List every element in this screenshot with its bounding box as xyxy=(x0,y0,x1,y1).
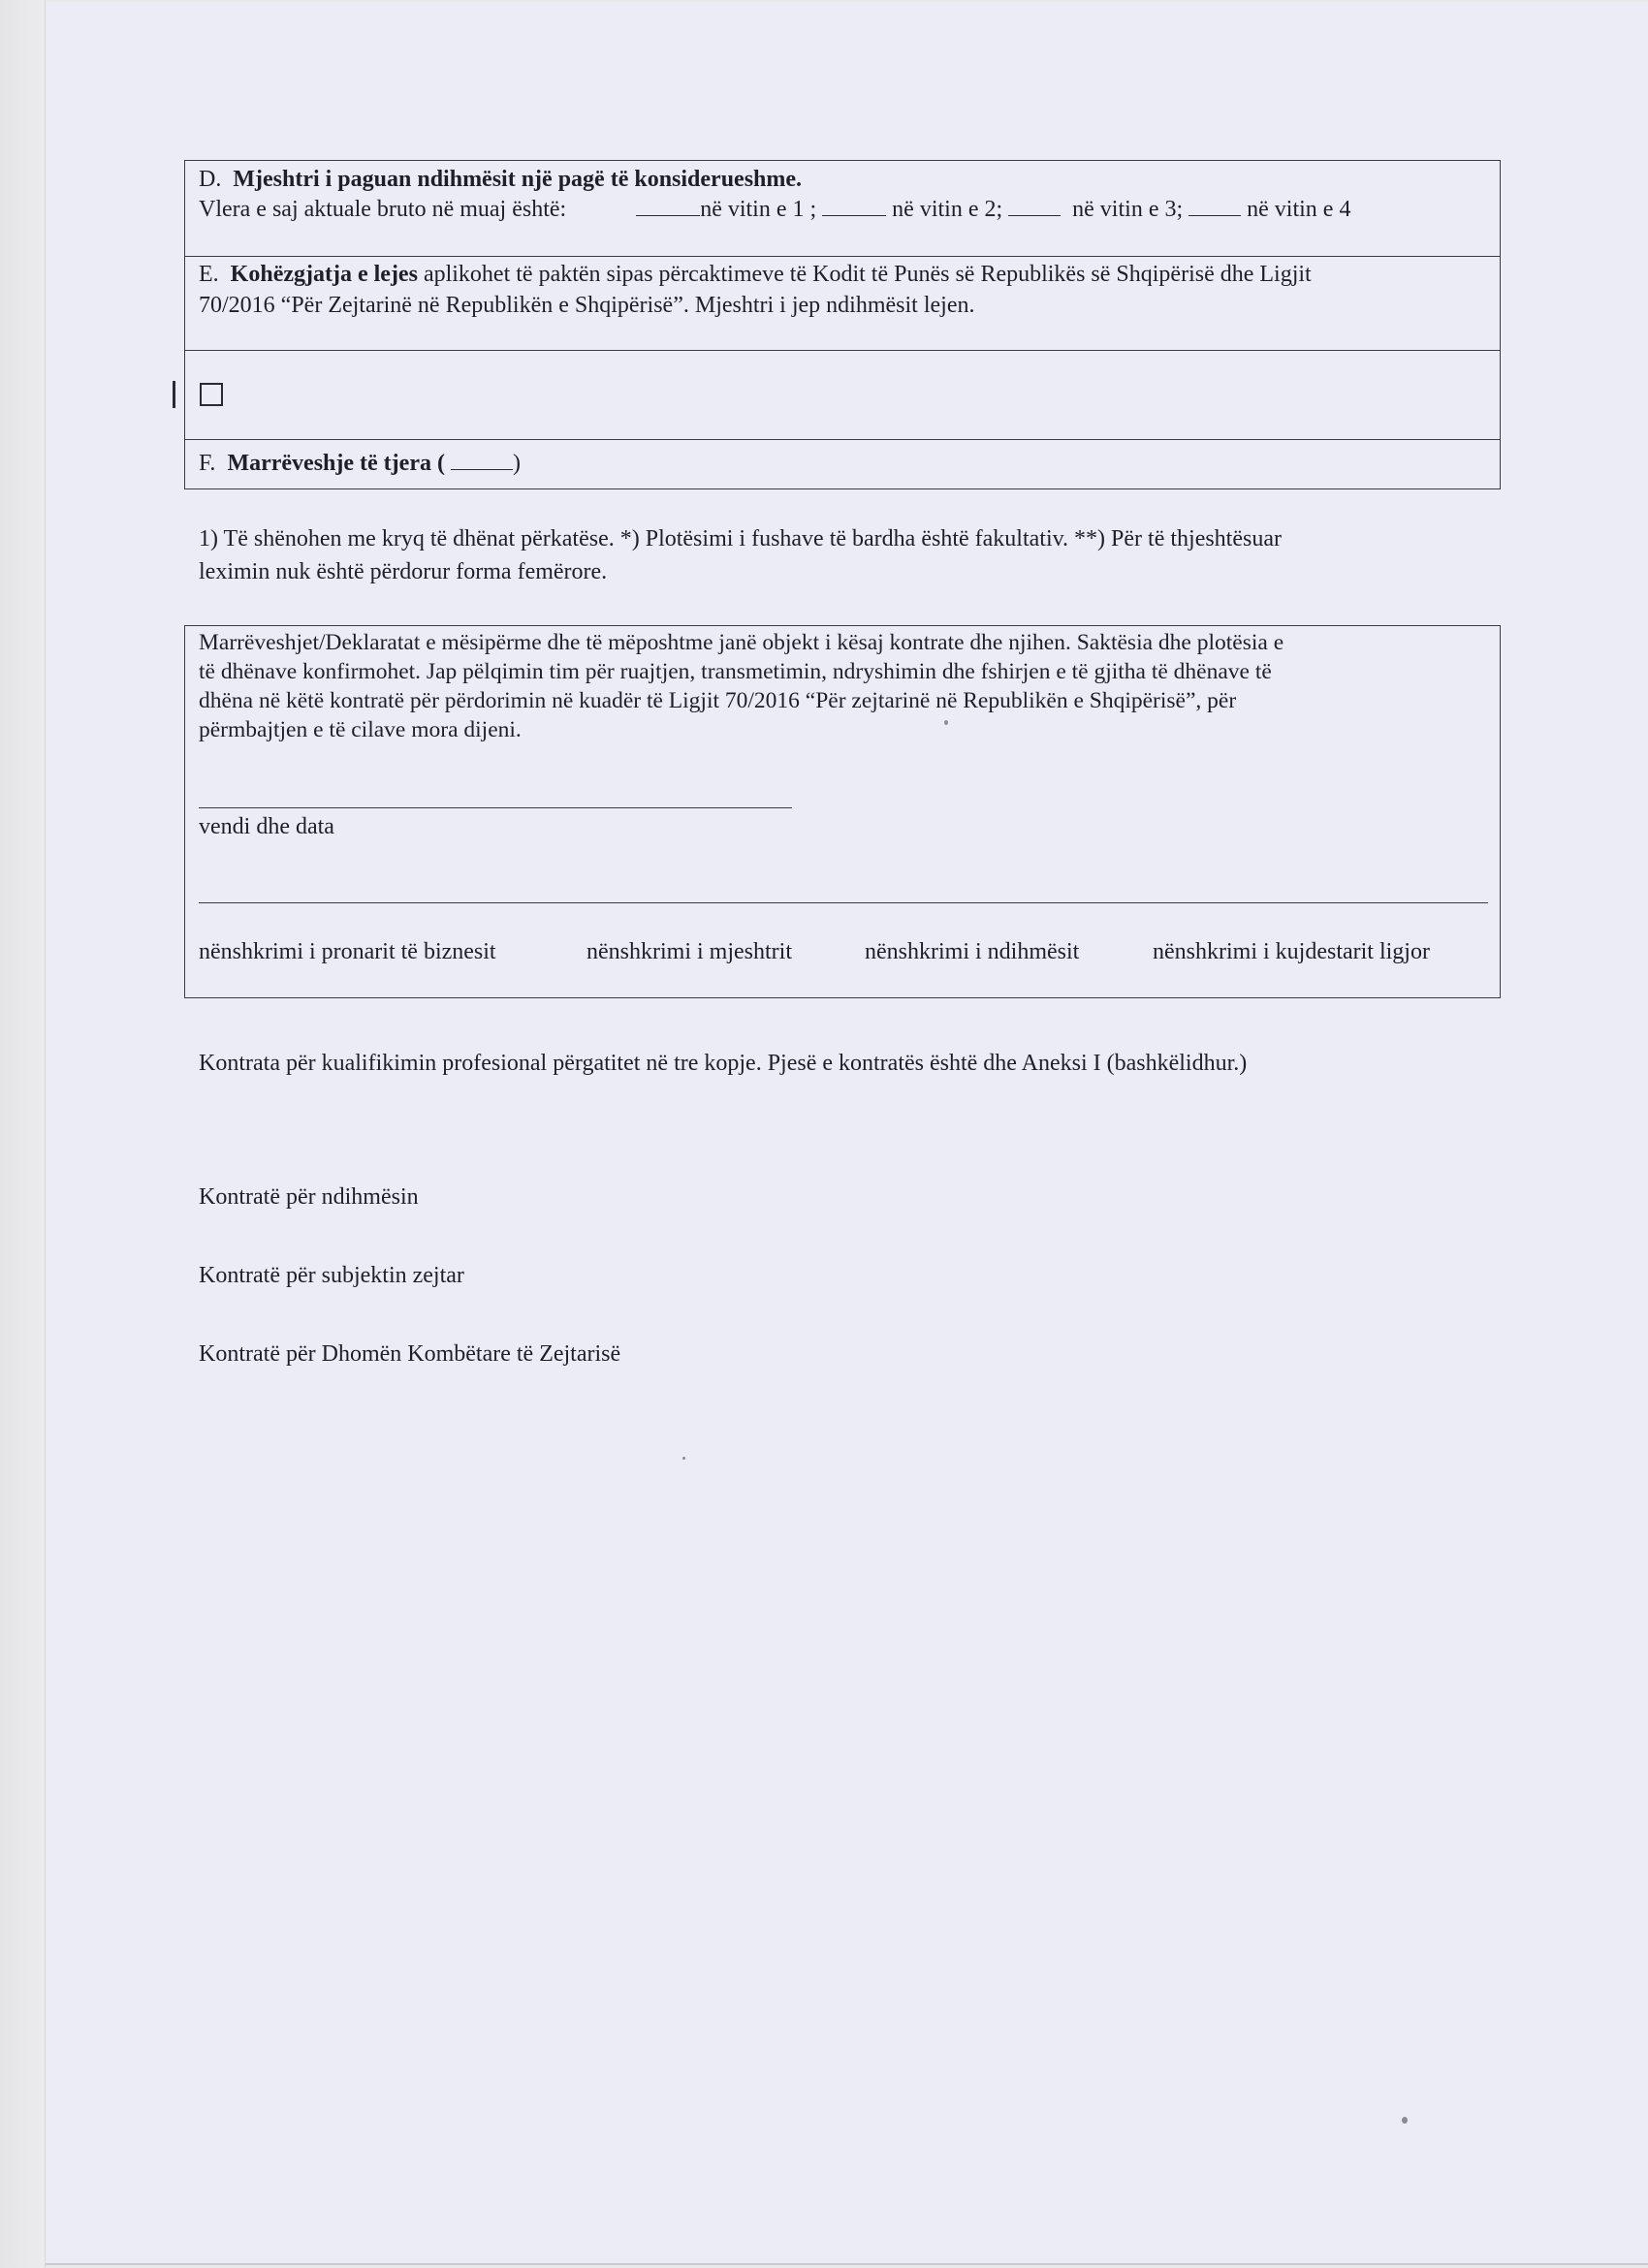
copy-assistant: Kontratë për ndihmësin xyxy=(199,1181,419,1213)
section-d-salary-row: Vlera e saj aktuale bruto në muaj është:… xyxy=(199,193,1350,226)
footnote-line1: 1) Të shënohen me kryq të dhënat përkatë… xyxy=(199,522,1282,555)
section-e-letter: E. xyxy=(199,262,219,287)
section-d-title: Mjeshtri i paguan ndihmësit një pagë të … xyxy=(233,167,802,192)
salary-year-1-label: në vitin e 1 ; xyxy=(700,197,816,222)
signature-guardian: nënshkrimi i kujdestarit ligjor xyxy=(1153,935,1430,968)
salary-year-4-label: në vitin e 4 xyxy=(1247,197,1350,222)
declaration-line-2: të dhënave konfirmohet. Jap pëlqimin tim… xyxy=(199,657,1272,686)
place-date-label: vendi dhe data xyxy=(199,810,334,843)
divider-checkbox-f xyxy=(184,439,1501,440)
declaration-line-1: Marrëveshjet/Deklaratat e mësipërme dhe … xyxy=(199,628,1284,657)
salary-year-3-label: në vitin e 3; xyxy=(1072,197,1183,222)
footnote-line2: leximin nuk është përdorur forma femëror… xyxy=(199,555,607,588)
salary-year-3-field[interactable] xyxy=(1008,196,1061,216)
signature-assistant: nënshkrimi i ndihmësit xyxy=(865,935,1079,968)
section-d-heading: D. Mjeshtri i paguan ndihmësit një pagë … xyxy=(199,163,802,196)
salary-year-2-label: në vitin e 2; xyxy=(892,197,1002,222)
scan-edge xyxy=(0,0,46,2268)
signatures-line[interactable] xyxy=(199,902,1488,903)
section-e-line1: E. Kohëzgjatja e lejes aplikohet të pakt… xyxy=(199,258,1312,291)
section-e-line2: 70/2016 “Për Zejtarinë në Republikën e S… xyxy=(199,289,974,322)
copy-chamber: Kontratë për Dhomën Kombëtare të Zejtari… xyxy=(199,1338,620,1370)
signature-master: nënshkrimi i mjeshtrit xyxy=(586,935,792,968)
divider-e-checkbox xyxy=(184,350,1501,351)
section-f-letter: F. xyxy=(199,451,215,476)
section-f-close: ) xyxy=(513,451,521,476)
margin-mark xyxy=(173,381,175,408)
salary-label: Vlera e saj aktuale bruto në muaj është: xyxy=(199,197,566,222)
document-page: D. Mjeshtri i paguan ndihmësit një pagë … xyxy=(46,2,1648,2265)
section-d-letter: D. xyxy=(199,167,221,192)
divider-d-e xyxy=(184,256,1501,257)
salary-year-1-field[interactable] xyxy=(636,196,700,216)
copy-subject: Kontratë për subjektin zejtar xyxy=(199,1259,464,1292)
declaration-line-3: dhëna në këtë kontratë për përdorimin në… xyxy=(199,686,1236,715)
copies-note: Kontrata për kualifikimin profesional pë… xyxy=(199,1047,1247,1080)
signature-owner: nënshkrimi i pronarit të biznesit xyxy=(199,935,496,968)
scan-speck xyxy=(1402,2117,1408,2124)
scan-speck xyxy=(682,1457,685,1460)
salary-year-4-field[interactable] xyxy=(1188,196,1241,216)
section-e-title: Kohëzgjatja e lejes xyxy=(231,262,418,287)
scan-speck xyxy=(944,720,948,725)
section-e-text-1: aplikohet të paktën sipas përcaktimeve t… xyxy=(424,262,1312,287)
salary-year-2-field[interactable] xyxy=(822,196,886,216)
section-f-title: Marrëveshje të tjera ( xyxy=(227,451,445,476)
section-f-row: F. Marrëveshje të tjera ( ) xyxy=(199,447,521,480)
checkbox[interactable] xyxy=(200,383,223,406)
section-f-field[interactable] xyxy=(451,450,513,470)
declaration-line-4: përmbajtjen e të cilave mora dijeni. xyxy=(199,715,522,744)
place-date-line[interactable] xyxy=(199,807,792,808)
